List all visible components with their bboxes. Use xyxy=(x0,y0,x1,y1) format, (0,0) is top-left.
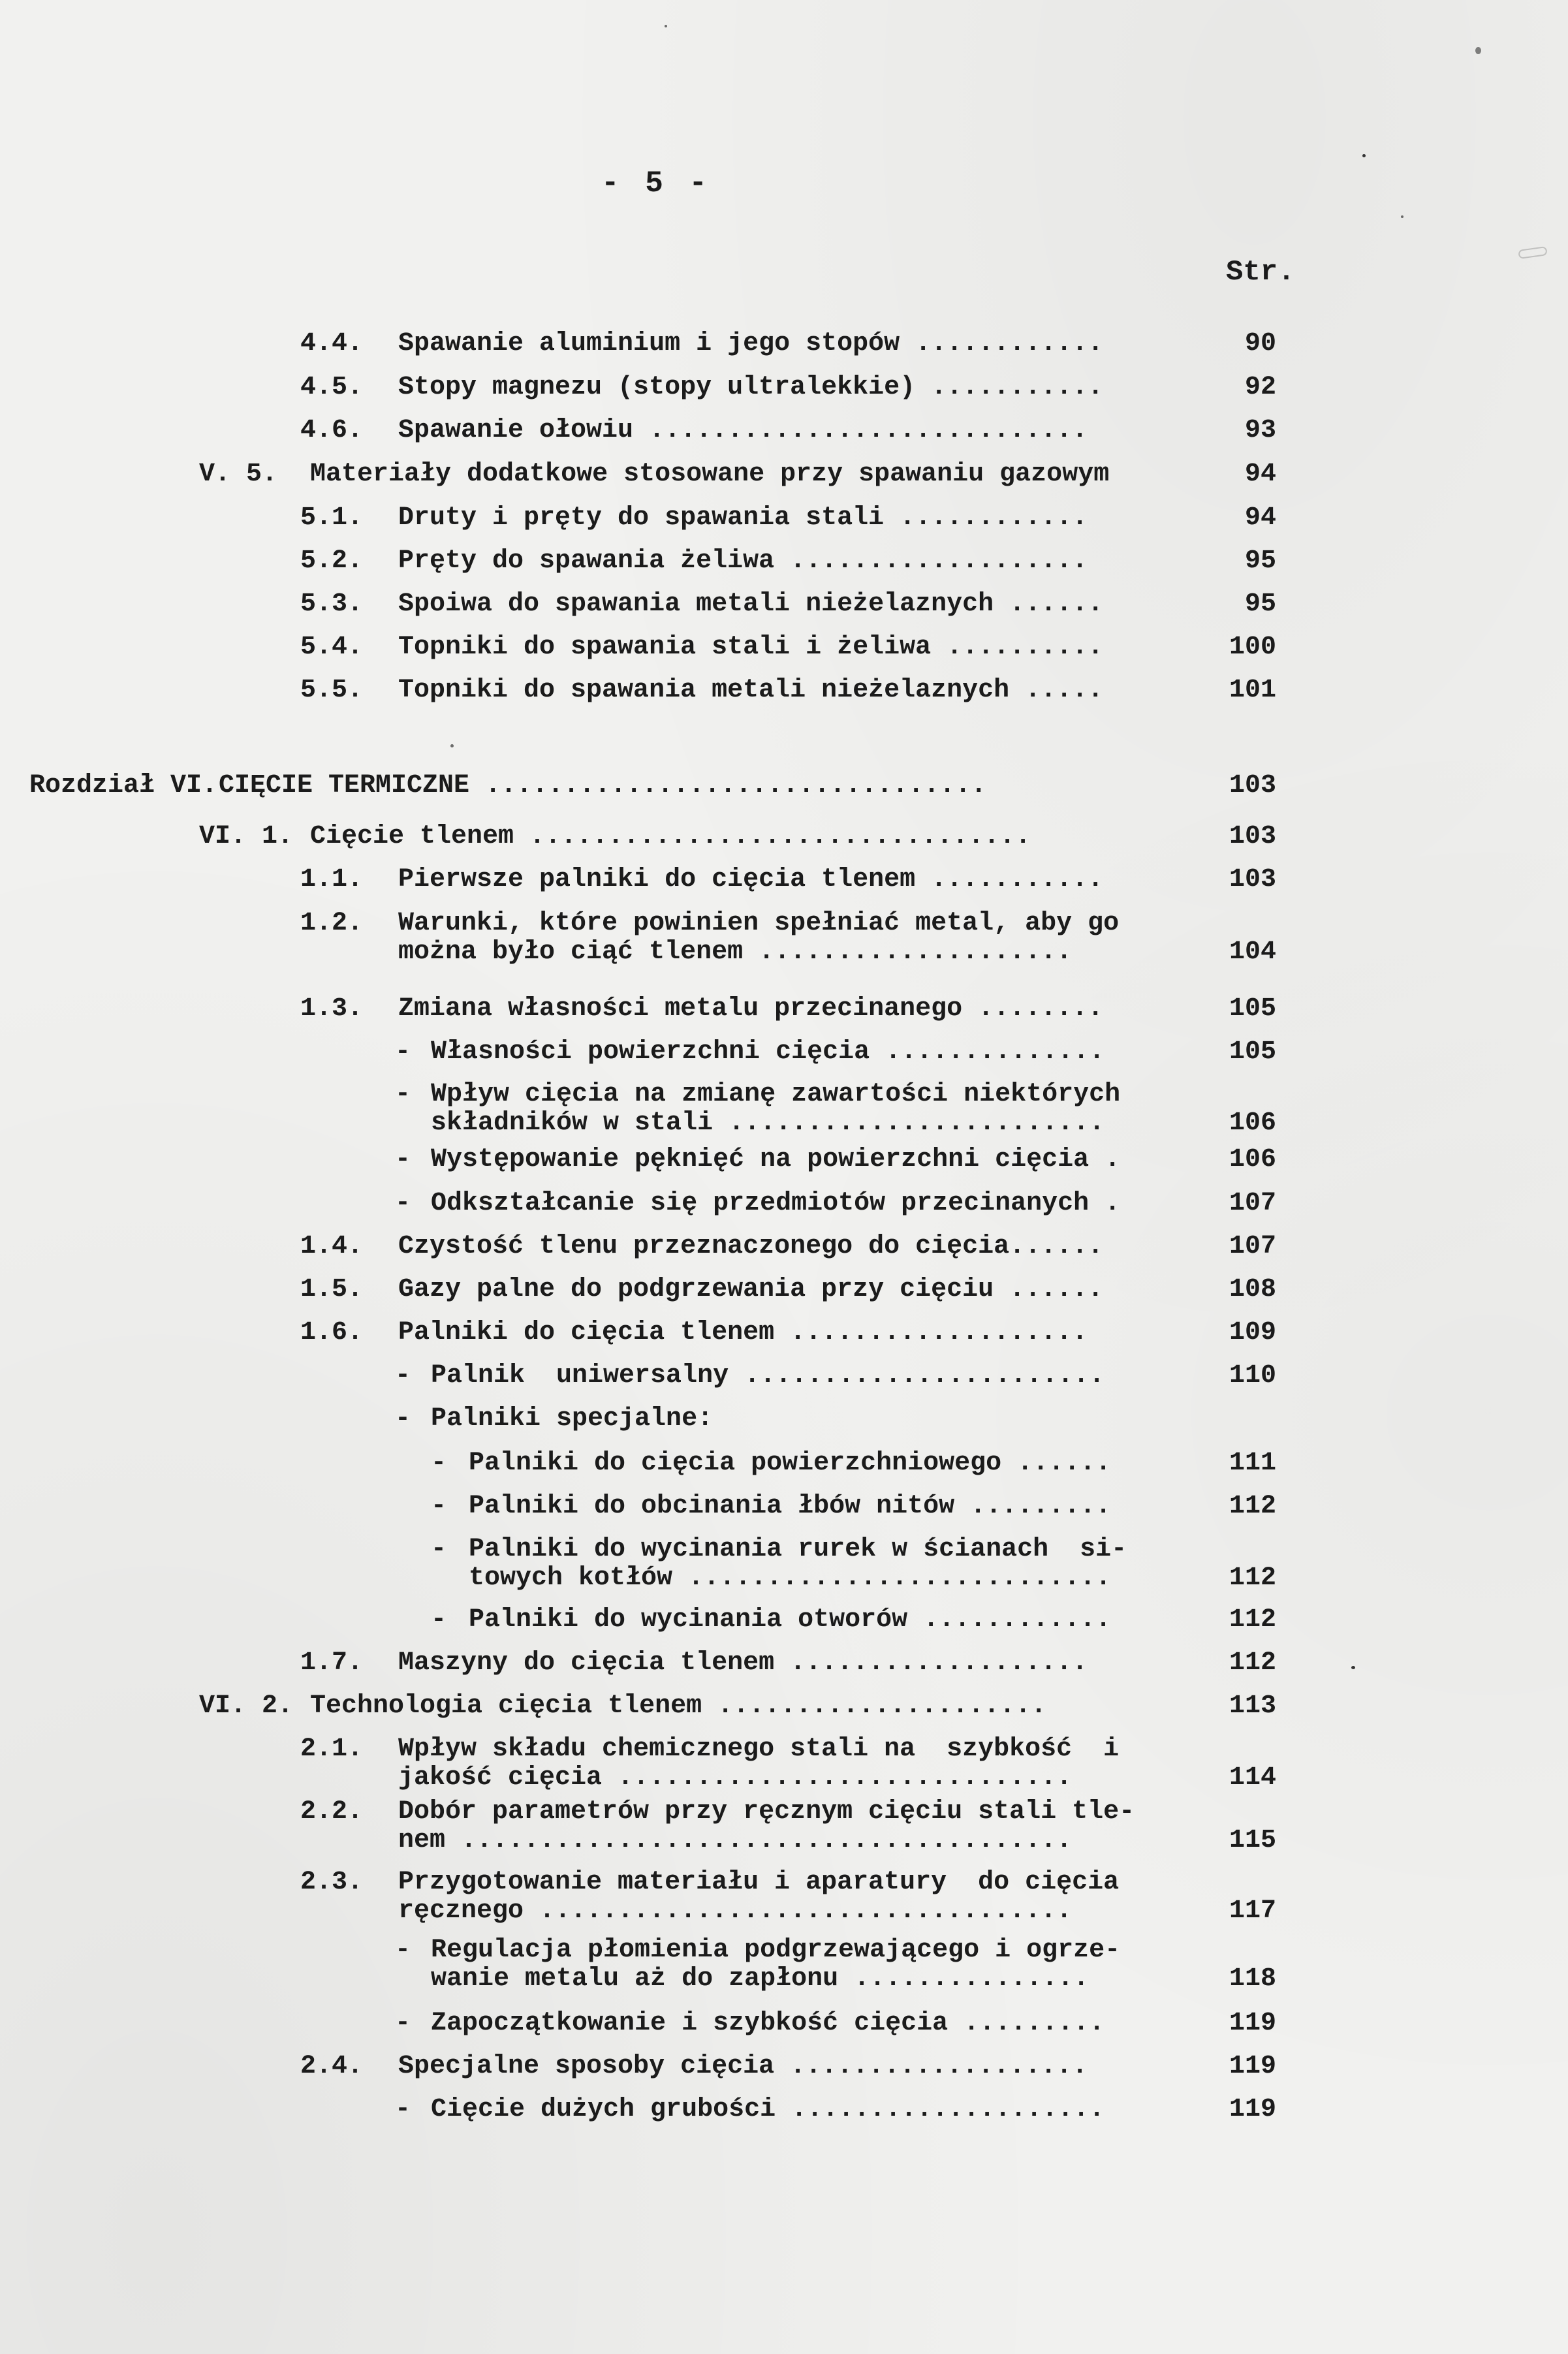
toc-entry-number: - xyxy=(395,1362,411,1390)
toc-entry-title-line: Topniki do spawania metali nieżelaznych … xyxy=(398,676,1103,705)
scan-fleck xyxy=(1518,246,1548,259)
toc-entry-number: 5.1. xyxy=(300,504,363,533)
scan-speck xyxy=(665,25,667,27)
toc-entry-title: Gazy palne do podgrzewania przy cięciu .… xyxy=(398,1276,1103,1304)
toc-entry-page: 112 xyxy=(1229,1492,1276,1521)
toc-entry-page: 110 xyxy=(1229,1362,1276,1390)
toc-entry-page: 94 xyxy=(1245,504,1276,533)
toc-entry-number: 4.5. xyxy=(300,373,363,402)
toc-entry-number: Rozdział VI. xyxy=(29,772,217,800)
toc-entry-title: Druty i pręty do spawania stali ........… xyxy=(398,504,1088,533)
toc-entry-title: Palnik uniwersalny .....................… xyxy=(431,1362,1105,1390)
toc-entry-title: Czystość tlenu przeznaczonego do cięcia.… xyxy=(398,1232,1103,1261)
toc-entry-page: 119 xyxy=(1229,2095,1276,2124)
toc-entry-number: 1.6. xyxy=(300,1319,363,1347)
toc-entry-page: 113 xyxy=(1229,1692,1276,1721)
toc-entry-page: 95 xyxy=(1245,590,1276,619)
scan-speck xyxy=(1362,154,1366,157)
toc-entry-number: - xyxy=(395,1936,411,1965)
toc-entry-number: 1.2. xyxy=(300,909,363,938)
toc-entry-page: 111 xyxy=(1229,1449,1276,1478)
toc-entry-title: Własności powierzchni cięcia ...........… xyxy=(431,1038,1105,1067)
toc-entry-page: 107 xyxy=(1229,1232,1276,1261)
toc-entry-page: 105 xyxy=(1229,995,1276,1024)
toc-entry-title-line: Cięcie dużych grubości .................… xyxy=(431,2095,1105,2124)
toc-entry-title: Pierwsze palniki do cięcia tlenem ......… xyxy=(398,866,1103,894)
toc-entry-number: - xyxy=(395,1189,411,1218)
toc-entry-title-line: Palnik uniwersalny .....................… xyxy=(431,1362,1105,1390)
toc-entry-title-line: Regulacja płomienia podgrzewającego i og… xyxy=(431,1936,1120,1965)
toc-entry-title: Występowanie pęknięć na powierzchni cięc… xyxy=(431,1146,1120,1174)
toc-entry-title-line: Odkształcanie się przedmiotów przecinany… xyxy=(431,1189,1120,1218)
toc-entry-page: 118 xyxy=(1229,1965,1276,1994)
toc-entry-title: Przygotowanie materiału i aparatury do c… xyxy=(398,1868,1119,1926)
toc-entry-number: 2.2. xyxy=(300,1798,363,1827)
toc-entry-page: 119 xyxy=(1229,2052,1276,2081)
toc-entry-title: Spoiwa do spawania metali nieżelaznych .… xyxy=(398,590,1103,619)
scan-speck xyxy=(1351,1666,1355,1669)
toc-entry-title: Wpływ składu chemicznego stali na szybko… xyxy=(398,1735,1119,1793)
toc-entry-title-line: Palniki do wycinania rurek w ścianach si… xyxy=(469,1535,1127,1564)
toc-entry-page: 94 xyxy=(1245,460,1276,489)
toc-entry-title-line: Wpływ składu chemicznego stali na szybko… xyxy=(398,1735,1119,1764)
toc-entry-title: Palniki do wycinania otworów ...........… xyxy=(469,1606,1111,1635)
toc-entry-title-line: towych kotłów ..........................… xyxy=(469,1564,1127,1593)
toc-entry-page: 92 xyxy=(1245,373,1276,402)
toc-entry-title-line: składników w stali .....................… xyxy=(431,1109,1120,1138)
toc-entry-page: 101 xyxy=(1229,676,1276,705)
toc-entry-title-line: wanie metalu aż do zapłonu .............… xyxy=(431,1965,1120,1994)
toc-entry-page: 93 xyxy=(1245,416,1276,445)
toc-entry-page: 90 xyxy=(1245,330,1276,358)
toc-entry-number: 5.4. xyxy=(300,633,363,662)
toc-entry-page: 103 xyxy=(1229,772,1276,800)
toc-entry-title-line: Spawanie ołowiu ........................… xyxy=(398,416,1088,445)
toc-entry-number: 2.3. xyxy=(300,1868,363,1897)
toc-entry-title-line: Zapoczątkowanie i szybkość cięcia ......… xyxy=(431,2009,1105,2038)
toc-entry-title-line: Spoiwa do spawania metali nieżelaznych .… xyxy=(398,590,1103,619)
toc-entry-number: VI. 1. xyxy=(199,823,293,851)
toc-entry-title-line: Warunki, które powinien spełniać metal, … xyxy=(398,909,1119,938)
page-column-header: Str. xyxy=(1226,256,1295,289)
toc-entry-page: 114 xyxy=(1229,1764,1276,1793)
toc-entry-number: - xyxy=(395,2009,411,2038)
toc-entry-title: Maszyny do cięcia tlenem ...............… xyxy=(398,1649,1088,1678)
toc-entry-title-line: Własności powierzchni cięcia ...........… xyxy=(431,1038,1105,1067)
toc-entry-page: 112 xyxy=(1229,1606,1276,1635)
toc-entry-title-line: CIĘCIE TERMICZNE .......................… xyxy=(219,772,986,800)
toc-entry-number: - xyxy=(395,1038,411,1067)
toc-entry-title-line: Palniki do cięcia powierzchniowego .....… xyxy=(469,1449,1111,1478)
toc-entry-title: Zapoczątkowanie i szybkość cięcia ......… xyxy=(431,2009,1105,2038)
toc-entry-number: - xyxy=(395,1080,411,1109)
toc-entry-title-line: Maszyny do cięcia tlenem ...............… xyxy=(398,1649,1088,1678)
toc-entry-page: 108 xyxy=(1229,1276,1276,1304)
toc-entry-title: Wpływ cięcia na zmianę zawartości niektó… xyxy=(431,1080,1120,1138)
toc-entry-number: - xyxy=(431,1606,447,1635)
toc-entry-title-line: Palniki do wycinania otworów ...........… xyxy=(469,1606,1111,1635)
toc-entry-title: Specjalne sposoby cięcia ...............… xyxy=(398,2052,1088,2081)
toc-entry-title: Spawanie ołowiu ........................… xyxy=(398,416,1088,445)
toc-entry-title-line: Topniki do spawania stali i żeliwa .....… xyxy=(398,633,1103,662)
toc-entry-title: Dobór parametrów przy ręcznym cięciu sta… xyxy=(398,1798,1135,1855)
toc-entry-number: 1.5. xyxy=(300,1276,363,1304)
toc-entry-title-line: Materiały dodatkowe stosowane przy spawa… xyxy=(310,460,1109,489)
toc-entry-number: 2.4. xyxy=(300,2052,363,2081)
toc-entry-title: Cięcie tlenem ..........................… xyxy=(310,823,1031,851)
toc-entry-title-line: można było ciąć tlenem .................… xyxy=(398,938,1119,967)
toc-entry-number: 4.4. xyxy=(300,330,363,358)
toc-entry-title: Cięcie dużych grubości .................… xyxy=(431,2095,1105,2124)
toc-entry-number: V. 5. xyxy=(199,460,277,489)
toc-entry-number: 1.1. xyxy=(300,866,363,894)
toc-entry-page: 106 xyxy=(1229,1109,1276,1138)
toc-entry-title-line: Palniki do cięcia tlenem ...............… xyxy=(398,1319,1088,1347)
toc-entry-title-line: Dobór parametrów przy ręcznym cięciu sta… xyxy=(398,1798,1135,1827)
toc-entry-number: - xyxy=(395,1405,411,1434)
toc-entry-number: - xyxy=(431,1492,447,1521)
toc-entry-title: Palniki do cięcia tlenem ...............… xyxy=(398,1319,1088,1347)
toc-entry-number: 5.3. xyxy=(300,590,363,619)
scan-speck xyxy=(1401,215,1403,218)
toc-entry-number: VI. 2. xyxy=(199,1692,293,1721)
toc-entry-title: Warunki, które powinien spełniać metal, … xyxy=(398,909,1119,967)
toc-entry-page: 119 xyxy=(1229,2009,1276,2038)
toc-entry-page: 105 xyxy=(1229,1038,1276,1067)
toc-entry-number: - xyxy=(431,1535,447,1564)
toc-entry-title-line: ręcznego ...............................… xyxy=(398,1897,1119,1926)
toc-entry-title: Topniki do spawania stali i żeliwa .....… xyxy=(398,633,1103,662)
toc-entry-number: 4.6. xyxy=(300,416,363,445)
scan-speck xyxy=(450,744,454,747)
toc-entry-number: - xyxy=(395,2095,411,2124)
toc-entry-page: 95 xyxy=(1245,547,1276,576)
toc-entry-title-line: Wpływ cięcia na zmianę zawartości niektó… xyxy=(431,1080,1120,1109)
toc-entry-page: 103 xyxy=(1229,823,1276,851)
toc-entry-title: Palniki specjalne: xyxy=(431,1405,713,1434)
toc-entry-title: Materiały dodatkowe stosowane przy spawa… xyxy=(310,460,1109,489)
scan-speck xyxy=(1475,47,1481,54)
toc-entry-title: Palniki do cięcia powierzchniowego .....… xyxy=(469,1449,1111,1478)
toc-entry-page: 100 xyxy=(1229,633,1276,662)
toc-entry-title-line: Palniki do obcinania łbów nitów ........… xyxy=(469,1492,1111,1521)
toc-entry-title-line: Przygotowanie materiału i aparatury do c… xyxy=(398,1868,1119,1897)
toc-entry-title-line: Występowanie pęknięć na powierzchni cięc… xyxy=(431,1146,1120,1174)
toc-entry-title-line: nem ....................................… xyxy=(398,1827,1135,1855)
toc-entry-page: 109 xyxy=(1229,1319,1276,1347)
toc-entry-number: - xyxy=(431,1449,447,1478)
toc-entry-title: Palniki do obcinania łbów nitów ........… xyxy=(469,1492,1111,1521)
toc-entry-page: 115 xyxy=(1229,1827,1276,1855)
toc-entry-page: 117 xyxy=(1229,1897,1276,1926)
toc-entry-title-line: Spawanie aluminium i jego stopów .......… xyxy=(398,330,1103,358)
toc-entry-title: CIĘCIE TERMICZNE .......................… xyxy=(219,772,986,800)
toc-entry-title-line: jakość cięcia ..........................… xyxy=(398,1764,1119,1793)
toc-entry-number: 1.7. xyxy=(300,1649,363,1678)
toc-entry-title: Pręty do spawania żeliwa ...............… xyxy=(398,547,1088,576)
toc-entry-title-line: Druty i pręty do spawania stali ........… xyxy=(398,504,1088,533)
toc-entry-number: 2.1. xyxy=(300,1735,363,1764)
toc-entry-title: Spawanie aluminium i jego stopów .......… xyxy=(398,330,1103,358)
toc-entry-page: 112 xyxy=(1229,1649,1276,1678)
toc-entry-title-line: Palniki specjalne: xyxy=(431,1405,713,1434)
toc-entry-title: Zmiana własności metalu przecinanego ...… xyxy=(398,995,1103,1024)
toc-entry-number: 5.5. xyxy=(300,676,363,705)
toc-entry-title: Regulacja płomienia podgrzewającego i og… xyxy=(431,1936,1120,1994)
toc-entry-number: 1.4. xyxy=(300,1232,363,1261)
toc-entry-title-line: Technologia cięcia tlenem ..............… xyxy=(310,1692,1046,1721)
toc-entry-title-line: Gazy palne do podgrzewania przy cięciu .… xyxy=(398,1276,1103,1304)
toc-entry-page: 112 xyxy=(1229,1564,1276,1593)
toc-entry-number: 1.3. xyxy=(300,995,363,1024)
toc-entry-page: 103 xyxy=(1229,866,1276,894)
toc-entry-title-line: Zmiana własności metalu przecinanego ...… xyxy=(398,995,1103,1024)
toc-entry-title: Palniki do wycinania rurek w ścianach si… xyxy=(469,1535,1127,1593)
toc-entry-title: Topniki do spawania metali nieżelaznych … xyxy=(398,676,1103,705)
toc-entry-page: 106 xyxy=(1229,1146,1276,1174)
toc-entry-title: Stopy magnezu (stopy ultralekkie) ......… xyxy=(398,373,1103,402)
toc-entry-title-line: Specjalne sposoby cięcia ...............… xyxy=(398,2052,1088,2081)
toc-entry-title-line: Czystość tlenu przeznaczonego do cięcia.… xyxy=(398,1232,1103,1261)
toc-entry-page: 107 xyxy=(1229,1189,1276,1218)
toc-entry-title-line: Cięcie tlenem ..........................… xyxy=(310,823,1031,851)
toc-entry-title: Odkształcanie się przedmiotów przecinany… xyxy=(431,1189,1120,1218)
toc-entry-title-line: Pręty do spawania żeliwa ...............… xyxy=(398,547,1088,576)
toc-entry-number: 5.2. xyxy=(300,547,363,576)
toc-entry-page: 104 xyxy=(1229,938,1276,967)
page-number: - 5 - xyxy=(0,166,1312,200)
toc-entry-number: - xyxy=(395,1146,411,1174)
toc-entry-title: Technologia cięcia tlenem ..............… xyxy=(310,1692,1046,1721)
toc-entry-title-line: Pierwsze palniki do cięcia tlenem ......… xyxy=(398,866,1103,894)
toc-entry-title-line: Stopy magnezu (stopy ultralekkie) ......… xyxy=(398,373,1103,402)
